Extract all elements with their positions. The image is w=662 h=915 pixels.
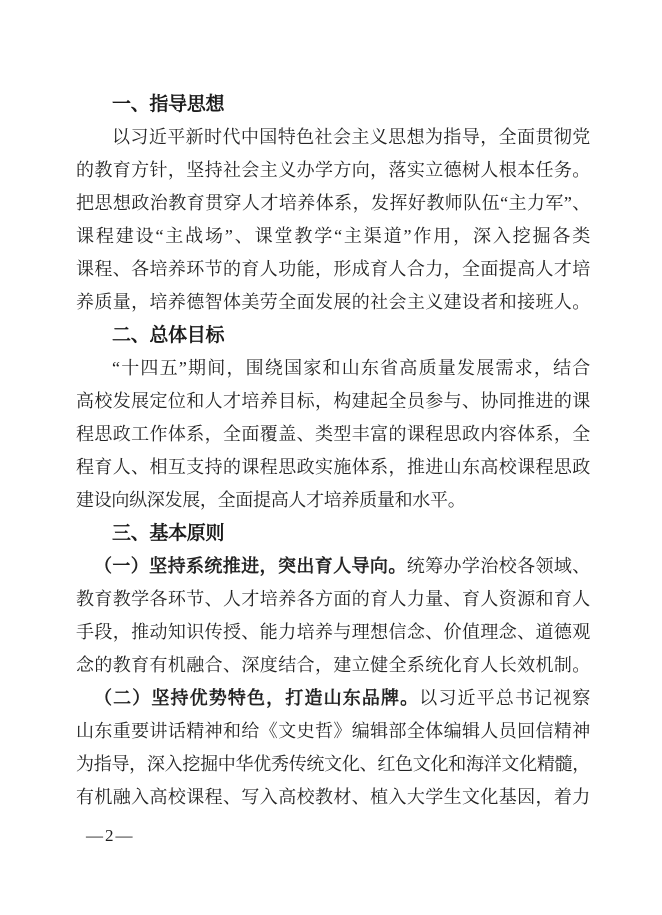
section-heading: 一、指导思想 xyxy=(76,88,590,121)
bold-lead-text: （二）坚持优势特色，打造山东品牌。 xyxy=(94,688,419,708)
document-line: 高校发展定位和人才培养目标，构建起全员参与、协同推进的课 xyxy=(76,385,590,418)
document-line: “十四五”期间，围绕国家和山东省高质量发展需求，结合 xyxy=(76,352,590,385)
body-text: 课程建设“主战场”、课堂教学“主渠道”作用，深入挖掘各类 xyxy=(76,226,590,246)
document-line: 课程建设“主战场”、课堂教学“主渠道”作用，深入挖掘各类 xyxy=(76,220,590,253)
body-text: 把思想政治教育贯穿人才培养体系，发挥好教师队伍“主力军”、 xyxy=(76,193,590,213)
body-text: 为指导，深入挖掘中华优秀传统文化、红色文化和海洋文化精髓， xyxy=(76,754,590,774)
document-line: 养质量，培养德智体美劳全面发展的社会主义建设者和接班人。 xyxy=(76,286,590,319)
section-heading: 二、总体目标 xyxy=(76,319,590,352)
document-line: （一）坚持系统推进，突出育人导向。统筹办学治校各领域、 xyxy=(76,550,590,583)
body-text: 程育人、相互支持的课程思政实施体系，推进山东高校课程思政 xyxy=(76,457,590,477)
document-line: 为指导，深入挖掘中华优秀传统文化、红色文化和海洋文化精髓， xyxy=(76,748,590,781)
body-text: “十四五”期间，围绕国家和山东省高质量发展需求，结合 xyxy=(112,358,590,378)
document-line: 念的教育有机融合、深度结合，建立健全系统化育人长效机制。 xyxy=(76,649,590,682)
document-line: 教育教学各环节、人才培养各方面的育人力量、育人资源和育人 xyxy=(76,583,590,616)
document-line: 手段，推动知识传授、能力培养与理想信念、价值理念、道德观 xyxy=(76,616,590,649)
body-text: 程思政工作体系，全面覆盖、类型丰富的课程思政内容体系，全 xyxy=(76,424,590,444)
body-text: 的教育方针，坚持社会主义办学方向，落实立德树人根本任务。 xyxy=(76,160,590,180)
document-line: 有机融入高校课程、写入高校教材、植入大学生文化基因，着力 xyxy=(76,781,590,814)
body-text: 念的教育有机融合、深度结合，建立健全系统化育人长效机制。 xyxy=(76,655,590,675)
page-number: —2— xyxy=(86,826,135,846)
body-text: 以习近平总书记视察 xyxy=(419,688,590,708)
body-text: 山东重要讲话精神和给《文史哲》编辑部全体编辑人员回信精神 xyxy=(76,721,590,741)
document-line: 程育人、相互支持的课程思政实施体系，推进山东高校课程思政 xyxy=(76,451,590,484)
document-page: 一、指导思想以习近平新时代中国特色社会主义思想为指导，全面贯彻党的教育方针，坚持… xyxy=(0,0,662,915)
document-line: 把思想政治教育贯穿人才培养体系，发挥好教师队伍“主力军”、 xyxy=(76,187,590,220)
body-text: 以习近平新时代中国特色社会主义思想为指导，全面贯彻党 xyxy=(112,127,590,147)
body-text: 统筹办学治校各领域、 xyxy=(407,556,590,576)
section-heading: 三、基本原则 xyxy=(76,517,590,550)
body-text: 手段，推动知识传授、能力培养与理想信念、价值理念、道德观 xyxy=(76,622,590,642)
document-line: 以习近平新时代中国特色社会主义思想为指导，全面贯彻党 xyxy=(76,121,590,154)
document-content: 一、指导思想以习近平新时代中国特色社会主义思想为指导，全面贯彻党的教育方针，坚持… xyxy=(76,88,590,814)
body-text: 养质量，培养德智体美劳全面发展的社会主义建设者和接班人。 xyxy=(76,292,590,312)
document-line: 程思政工作体系，全面覆盖、类型丰富的课程思政内容体系，全 xyxy=(76,418,590,451)
body-text: 建设向纵深发展，全面提高人才培养质量和水平。 xyxy=(76,490,465,510)
bold-lead-text: （一）坚持系统推进，突出育人导向。 xyxy=(94,556,407,576)
body-text: 高校发展定位和人才培养目标，构建起全员参与、协同推进的课 xyxy=(76,391,590,411)
body-text: 有机融入高校课程、写入高校教材、植入大学生文化基因，着力 xyxy=(76,787,590,807)
document-line: 的教育方针，坚持社会主义办学方向，落实立德树人根本任务。 xyxy=(76,154,590,187)
document-line: 课程、各培养环节的育人功能，形成育人合力，全面提高人才培 xyxy=(76,253,590,286)
document-line: （二）坚持优势特色，打造山东品牌。以习近平总书记视察 xyxy=(76,682,590,715)
document-line: 山东重要讲话精神和给《文史哲》编辑部全体编辑人员回信精神 xyxy=(76,715,590,748)
document-line: 建设向纵深发展，全面提高人才培养质量和水平。 xyxy=(76,484,590,517)
body-text: 课程、各培养环节的育人功能，形成育人合力，全面提高人才培 xyxy=(76,259,590,279)
body-text: 教育教学各环节、人才培养各方面的育人力量、育人资源和育人 xyxy=(76,589,590,609)
